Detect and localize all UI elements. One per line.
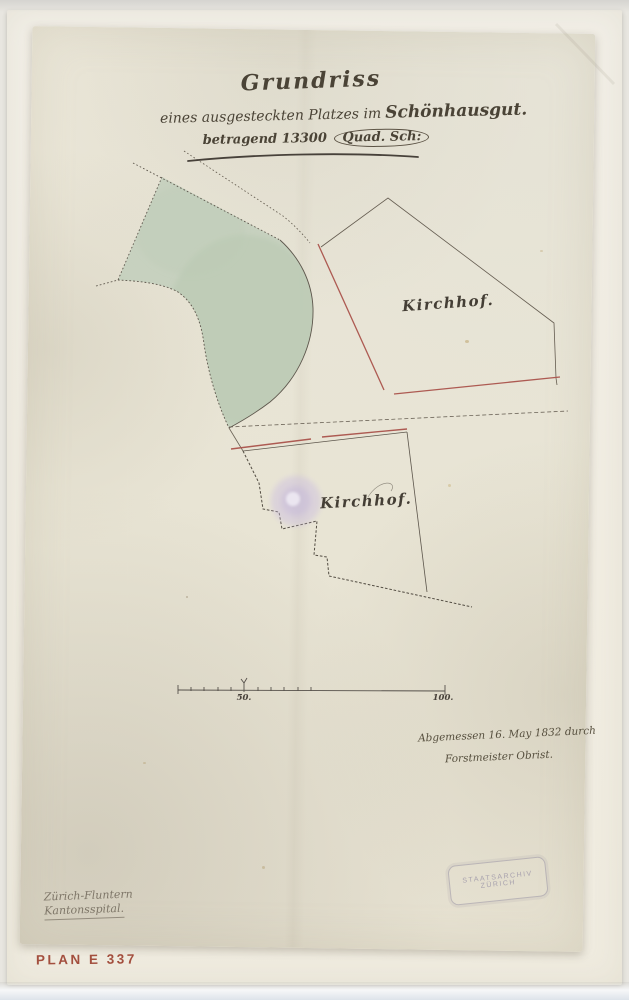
scanned-plan-page: Grundriss eines ausgesteckten Platzes im… — [0, 0, 629, 1000]
area-prefix: betragend — [203, 132, 278, 148]
pencil-line2: Kantonsspital. — [44, 902, 124, 921]
scale-label-100: 100. — [427, 693, 459, 703]
fox-spot — [186, 596, 188, 598]
pencil-annotation: Zürich-Fluntern Kantonsspital. — [44, 887, 134, 920]
plan-number-label: PLAN E 337 — [36, 951, 137, 967]
fox-spot — [465, 340, 469, 343]
fox-spot — [262, 866, 265, 869]
area-value: 13300 — [282, 131, 327, 147]
fox-spot — [143, 762, 146, 764]
area-statement: betragend 13300 Quad. Sch: — [196, 129, 436, 148]
plan-sheet — [20, 26, 596, 952]
scale-label-50: 50. — [231, 693, 257, 703]
plan-title: Grundriss — [236, 65, 387, 96]
subtitle-place-name: Schönhausgut. — [385, 100, 527, 123]
fox-spot — [540, 250, 543, 252]
fox-spot — [448, 484, 451, 487]
